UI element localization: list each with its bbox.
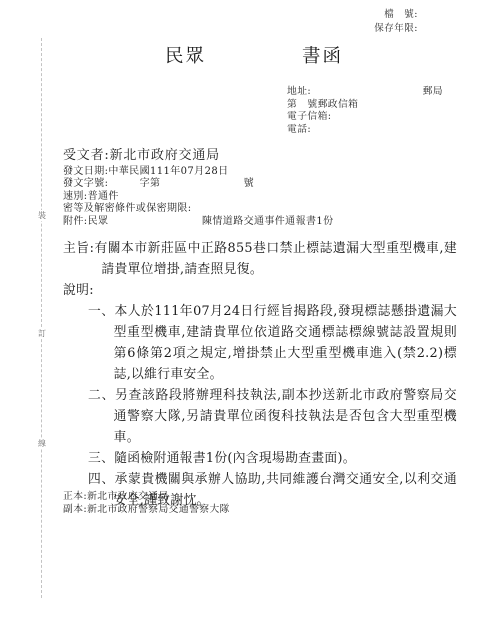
binding-mark-ding: 訂 (38, 328, 46, 339)
item-text: 另查該路段將辦理科技執法,副本抄送新北市政府警察局交通警察大隊,另請貴單位函復科… (114, 388, 457, 445)
letter-body: 主旨:有關本市新莊區中正路855巷口禁止標誌遺漏大型重型機車,建請貴單位增掛,請… (63, 238, 457, 511)
title-sender: 民眾 (165, 42, 206, 68)
item-text: 隨函檢附通報書1份(內含現場勘查畫面)。 (114, 451, 356, 466)
item-marker: 四、 (88, 472, 115, 487)
meta-block: 發文日期:中華民國111年07月28日 發文字號: 字第 號 速別:普通件 密等… (63, 166, 443, 228)
item-marker: 二、 (88, 388, 115, 403)
issue-date-line: 發文日期:中華民國111年07月28日 (63, 166, 443, 178)
address-line: 地址: 郵局 (287, 86, 443, 99)
subject-label: 主旨: (63, 241, 94, 256)
subject-text: 有關本市新莊區中正路855巷口禁止標誌遺漏大型重型機車,建請貴單位增掛,請查照見… (94, 241, 457, 277)
document-title: 民眾 書函 (165, 42, 343, 68)
binding-mark-xian: 線 (38, 438, 46, 449)
security-class-line: 密等及解密條件或保密期限: (63, 203, 443, 215)
item-marker: 一、 (88, 304, 115, 319)
cc-copy-line: 副本:新北市政府警察局交通警察大隊 (63, 503, 230, 516)
email-line: 電子信箱: (287, 111, 443, 124)
phone-line: 電話: (287, 124, 443, 137)
recipient-line: 受文者:新北市政府交通局 (63, 144, 220, 163)
speed-class-line: 速別:普通件 (63, 191, 443, 203)
binding-line (41, 38, 42, 598)
file-info-block: 檔 號: 保存年限: (340, 8, 418, 35)
explanation-label: 說明: (63, 280, 457, 301)
explanation-item-2: 二、另查該路段將辦理科技執法,副本抄送新北市政府警察局交通警察大隊,另請貴單位函… (88, 385, 457, 448)
address-label: 地址: (287, 86, 311, 99)
doc-number-line: 發文字號: 字第 號 (63, 178, 443, 190)
po-box-line: 第 號郵政信箱 (287, 99, 443, 112)
item-marker: 三、 (88, 451, 114, 466)
explanation-items: 一、本人於111年07月24日行經旨揭路段,發現標誌懸掛遺漏大型重型機車,建請貴… (88, 301, 457, 511)
title-doc-type: 書函 (302, 42, 343, 68)
explanation-item-1: 一、本人於111年07月24日行經旨揭路段,發現標誌懸掛遺漏大型重型機車,建請貴… (88, 301, 457, 385)
file-number-label: 檔 號: (340, 8, 418, 22)
document-page: 裝 訂 線 檔 號: 保存年限: 民眾 書函 地址: 郵局 第 號郵政信箱 電子… (0, 0, 495, 640)
subject-paragraph: 主旨:有關本市新莊區中正路855巷口禁止標誌遺漏大型重型機車,建請貴單位增掛,請… (63, 238, 457, 280)
attachment-line: 附件:民眾 陳情道路交通事件通報書1份 (63, 216, 443, 228)
sender-contact-block: 地址: 郵局 第 號郵政信箱 電子信箱: 電話: (287, 86, 443, 137)
copies-block: 正本:新北市政府交通局 副本:新北市政府警察局交通警察大隊 (63, 490, 230, 516)
address-value: 郵局 (423, 86, 443, 99)
retention-period-label: 保存年限: (340, 22, 418, 36)
binding-mark-zhuang: 裝 (38, 210, 46, 221)
original-copy-line: 正本:新北市政府交通局 (63, 490, 230, 503)
explanation-item-3: 三、隨函檢附通報書1份(內含現場勘查畫面)。 (88, 448, 457, 469)
item-text: 本人於111年07月24日行經旨揭路段,發現標誌懸掛遺漏大型重型機車,建請貴單位… (114, 304, 457, 382)
